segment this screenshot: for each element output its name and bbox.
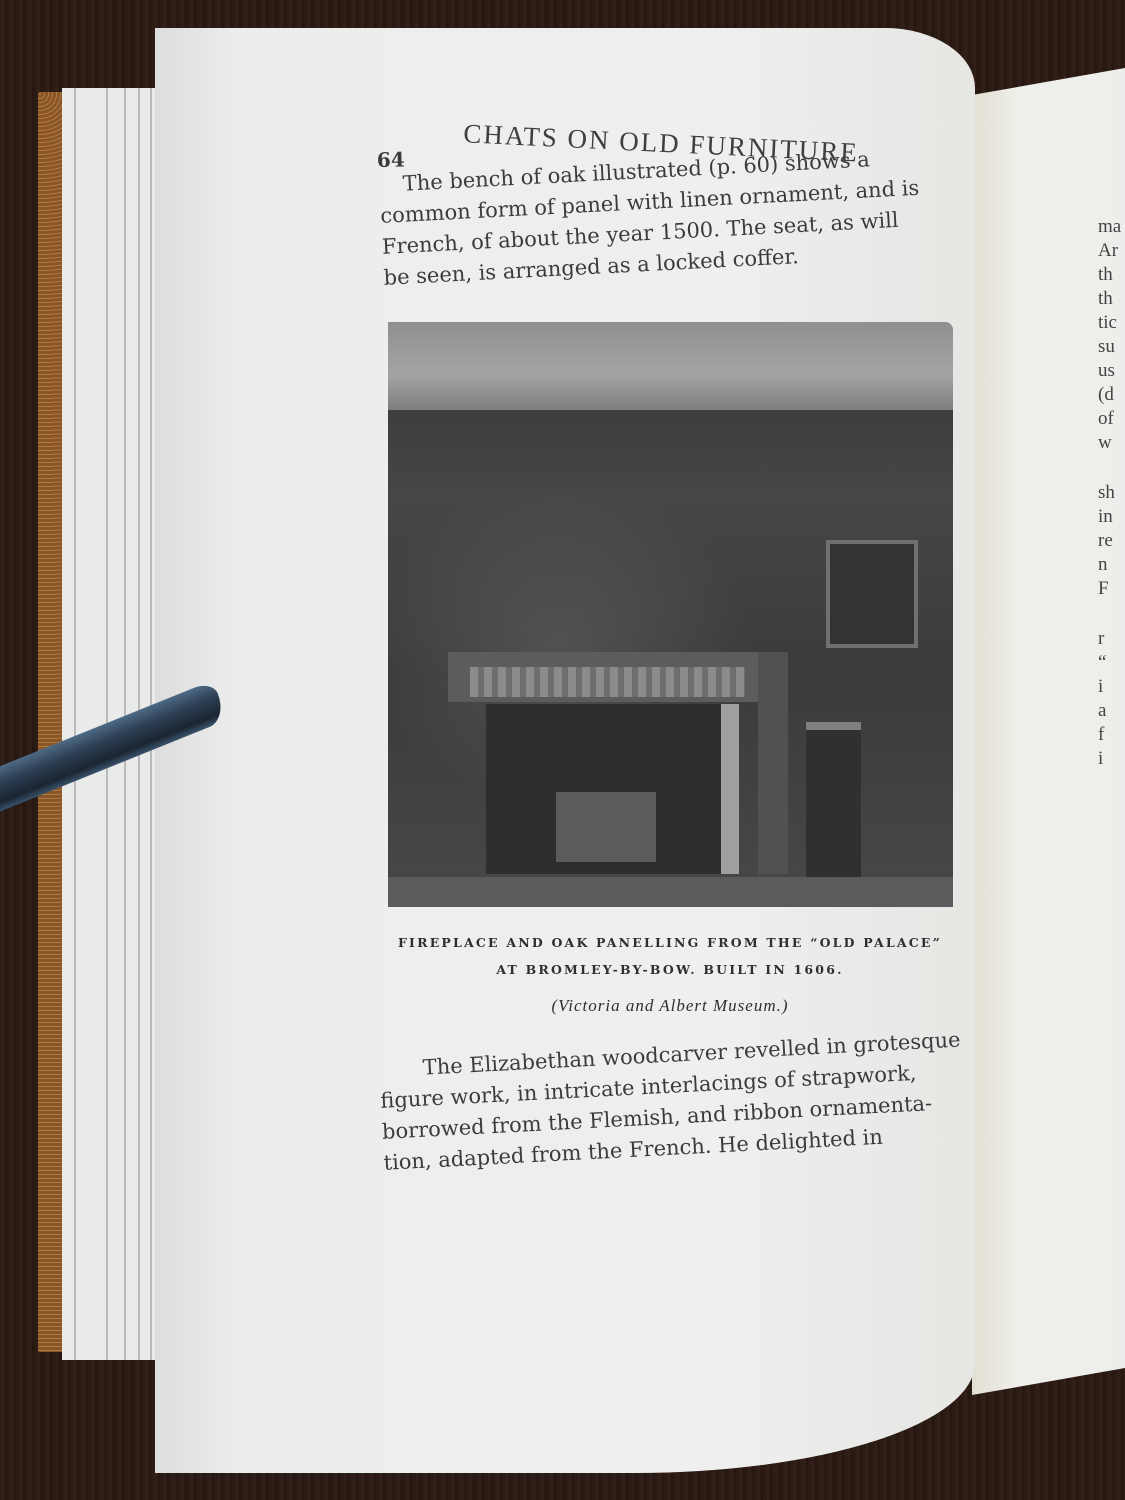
paragraph-elizabethan: The Elizabethan woodcarver revelled in g… (378, 1025, 966, 1179)
paragraph-bench: The bench of oak illustrated (p. 60) sho… (378, 142, 923, 294)
figure-credit: (Victoria and Albert Museum.) (380, 996, 960, 1016)
figure-caption-line-1: FIREPLACE AND OAK PANELLING FROM THE “OL… (380, 935, 960, 950)
photo-chair (806, 722, 861, 880)
photo-portrait-frame (826, 540, 918, 648)
photo-fireplace-jamb (721, 704, 739, 874)
photo-fireback (556, 792, 656, 862)
photo-carved-frieze (470, 667, 745, 697)
photo-pillar (758, 652, 788, 874)
photo-floor (388, 877, 953, 907)
figure-caption-line-2: AT BROMLEY-BY-BOW. BUILT IN 1606. (380, 962, 960, 977)
page-content: 64 CHATS ON OLD FURNITURE The bench of o… (0, 0, 1125, 1500)
fireplace-photograph (388, 322, 953, 907)
photo-ceiling (388, 322, 953, 410)
running-head: 64 CHATS ON OLD FURNITURE (376, 108, 876, 118)
